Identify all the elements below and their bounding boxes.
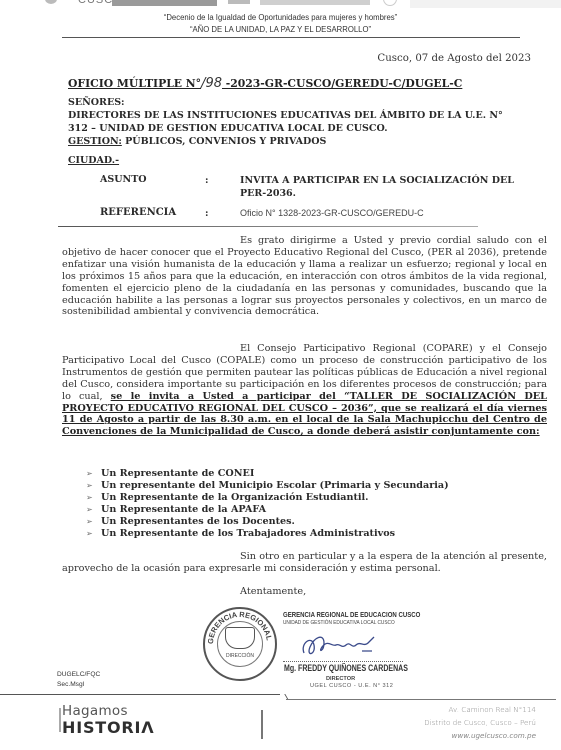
slogan-accent — [59, 708, 61, 732]
signatory-unit: UGEL CUSCO - U.E. N° 312 — [310, 683, 393, 689]
header-divider — [62, 37, 520, 38]
asunto-value: INVITA A PARTICIPAR EN LA SOCIALIZACIÓN … — [240, 175, 520, 200]
gestion-label: GESTION: — [68, 136, 122, 147]
footer-divider — [0, 694, 280, 695]
addressee-line-1: DIRECTORES DE LAS INSTITUCIONES EDUCATIV… — [68, 110, 503, 121]
arrow-bullet-icon: ➢ — [86, 528, 101, 540]
body-paragraph-1: Es grato dirigirme a Usted y previo cord… — [62, 235, 547, 318]
gestion-line: GESTION: PÚBLICOS, CONVENIOS Y PRIVADOS — [68, 136, 326, 147]
decenio-line: “Decenio de la Igualdad de Oportunidades… — [28, 12, 533, 22]
oficio-suffix: -2023-GR-CUSCO/GEREDU-C/DUGEL-C — [222, 77, 462, 90]
slogan-top: Hagamos — [62, 703, 128, 719]
arrow-bullet-icon: ➢ — [86, 516, 101, 528]
arrow-bullet-icon: ➢ — [86, 504, 101, 516]
signature-line — [283, 661, 403, 662]
list-item: ➢Un Representante de la Organización Est… — [86, 492, 449, 504]
footer-address-2: Distrito de Cusco, Cusco – Perú — [336, 718, 536, 727]
closing-paragraph: Sin otro en particular y a la espera de … — [62, 551, 547, 575]
asunto-colon: : — [205, 175, 209, 186]
handwritten-signature — [298, 629, 378, 661]
city-line: CIUDAD.- — [68, 155, 119, 166]
referencia-value: Oficio N° 1328-2023-GR-CUSCO/GEREDU-C — [240, 208, 424, 218]
letterhead-band — [410, 0, 561, 8]
year-motto: “AÑO DE LA UNIDAD, LA PAZ Y EL DESARROLL… — [28, 24, 533, 34]
date-line: Cusco, 07 de Agosto del 2023 — [377, 53, 531, 64]
body-paragraph-2: El Consejo Participativo Regional (COPAR… — [62, 343, 547, 438]
footer-separator — [261, 710, 263, 739]
valediction: Atentamente, — [240, 586, 306, 597]
document-title: OFICIO MÚLTIPLE N°/98 -2023-GR-CUSCO/GER… — [68, 76, 462, 91]
salutation: SEÑORES: — [68, 97, 125, 108]
coat-of-arms-icon — [225, 627, 255, 649]
signatory-title: DIRECTOR — [326, 676, 355, 682]
slogan-bottom: HISTORIΛ — [62, 718, 154, 737]
referencia-colon: : — [205, 208, 209, 219]
arrow-bullet-icon: ➢ — [86, 468, 101, 480]
seal-icon — [383, 0, 397, 6]
subject-divider — [58, 226, 478, 227]
addressee-line-2: 312 – UNIDAD DE GESTION EDUCATIVA LOCAL … — [68, 123, 388, 134]
invitation-details: se le invita a Usted a participar del “T… — [62, 391, 547, 438]
letterhead-banner — [112, 0, 217, 6]
letterhead-logos: CUSCO — [0, 0, 561, 8]
referencia-label: REFERENCIA — [100, 207, 176, 218]
signatory-name: Mg. FREDDY QUIÑONES CARDENAS — [284, 663, 408, 673]
arrow-bullet-icon: ➢ — [86, 492, 101, 504]
footer-website[interactable]: www.ugelcusco.com.pe — [336, 731, 536, 740]
letterhead-banner-2 — [260, 0, 370, 5]
asunto-label: ASUNTO — [100, 174, 147, 185]
gestion-value: PÚBLICOS, CONVENIOS Y PRIVADOS — [122, 136, 327, 147]
list-item: ➢Un Representante de CONEI — [86, 468, 449, 480]
footer-address-1: Av. Caminon Real N°114 — [336, 705, 536, 714]
signature-org-line-1: GERENCIA REGIONAL DE EDUCACION CUSCO — [283, 610, 420, 619]
official-seal: GERENCIA REGIONAL DE EDUCACIÓN DIRECCIÓN — [203, 607, 277, 681]
list-item: ➢Un Representantes de los Docentes. — [86, 516, 449, 528]
seal-center-text: DIRECCIÓN — [205, 653, 275, 659]
coat-of-arms-icon — [45, 0, 57, 4]
list-item: ➢Un Representante de la APAFA — [86, 504, 449, 516]
signature-org-line-2: UNIDAD DE GESTIÓN EDUCATIVA LOCAL CUSCO — [283, 620, 395, 626]
list-item: ➢Un Representante de los Trabajadores Ad… — [86, 528, 449, 540]
arrow-bullet-icon: ➢ — [86, 480, 101, 492]
reference-initials: DUGELC/FQC Sec.Msgl — [57, 670, 100, 689]
oficio-prefix: OFICIO MÚLTIPLE N° — [68, 77, 201, 90]
attendees-list: ➢Un Representante de CONEI ➢Un represent… — [86, 468, 449, 541]
list-item: ➢Un representante del Municipio Escolar … — [86, 480, 449, 492]
letterhead-emblem — [228, 0, 250, 4]
footer-divider-2 — [286, 699, 556, 700]
oficio-handwritten-number: /98 — [201, 76, 222, 91]
